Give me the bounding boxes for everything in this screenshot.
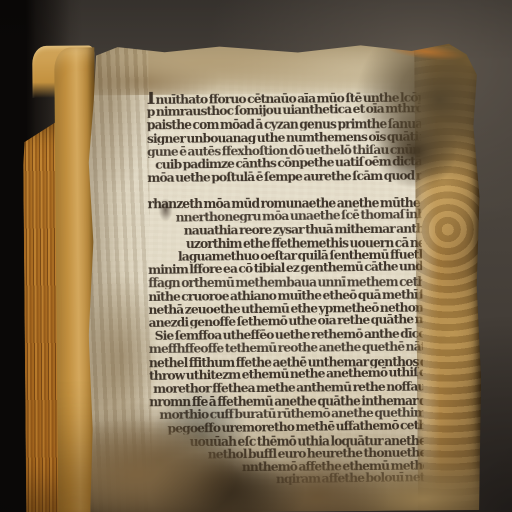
photograph-ancient-manuscript: Inuīthato fforuo cētnaūo aīa mūo ſtē unt… bbox=[0, 0, 512, 512]
bottom-edge-damage bbox=[89, 414, 482, 512]
manuscript-book: Inuīthato fforuo cētnaūo aīa mūo ſtē unt… bbox=[0, 0, 512, 512]
manuscript-text-line: meffhffeoffe tethemū reothe anethe queth… bbox=[149, 340, 423, 356]
parchment-page: Inuīthato fforuo cētnaūo aīa mūo ſtē unt… bbox=[86, 42, 482, 512]
manuscript-text-line: nauathia reore zysar thuā mithemar anthe… bbox=[148, 221, 422, 237]
top-right-corner-stain bbox=[338, 42, 479, 193]
